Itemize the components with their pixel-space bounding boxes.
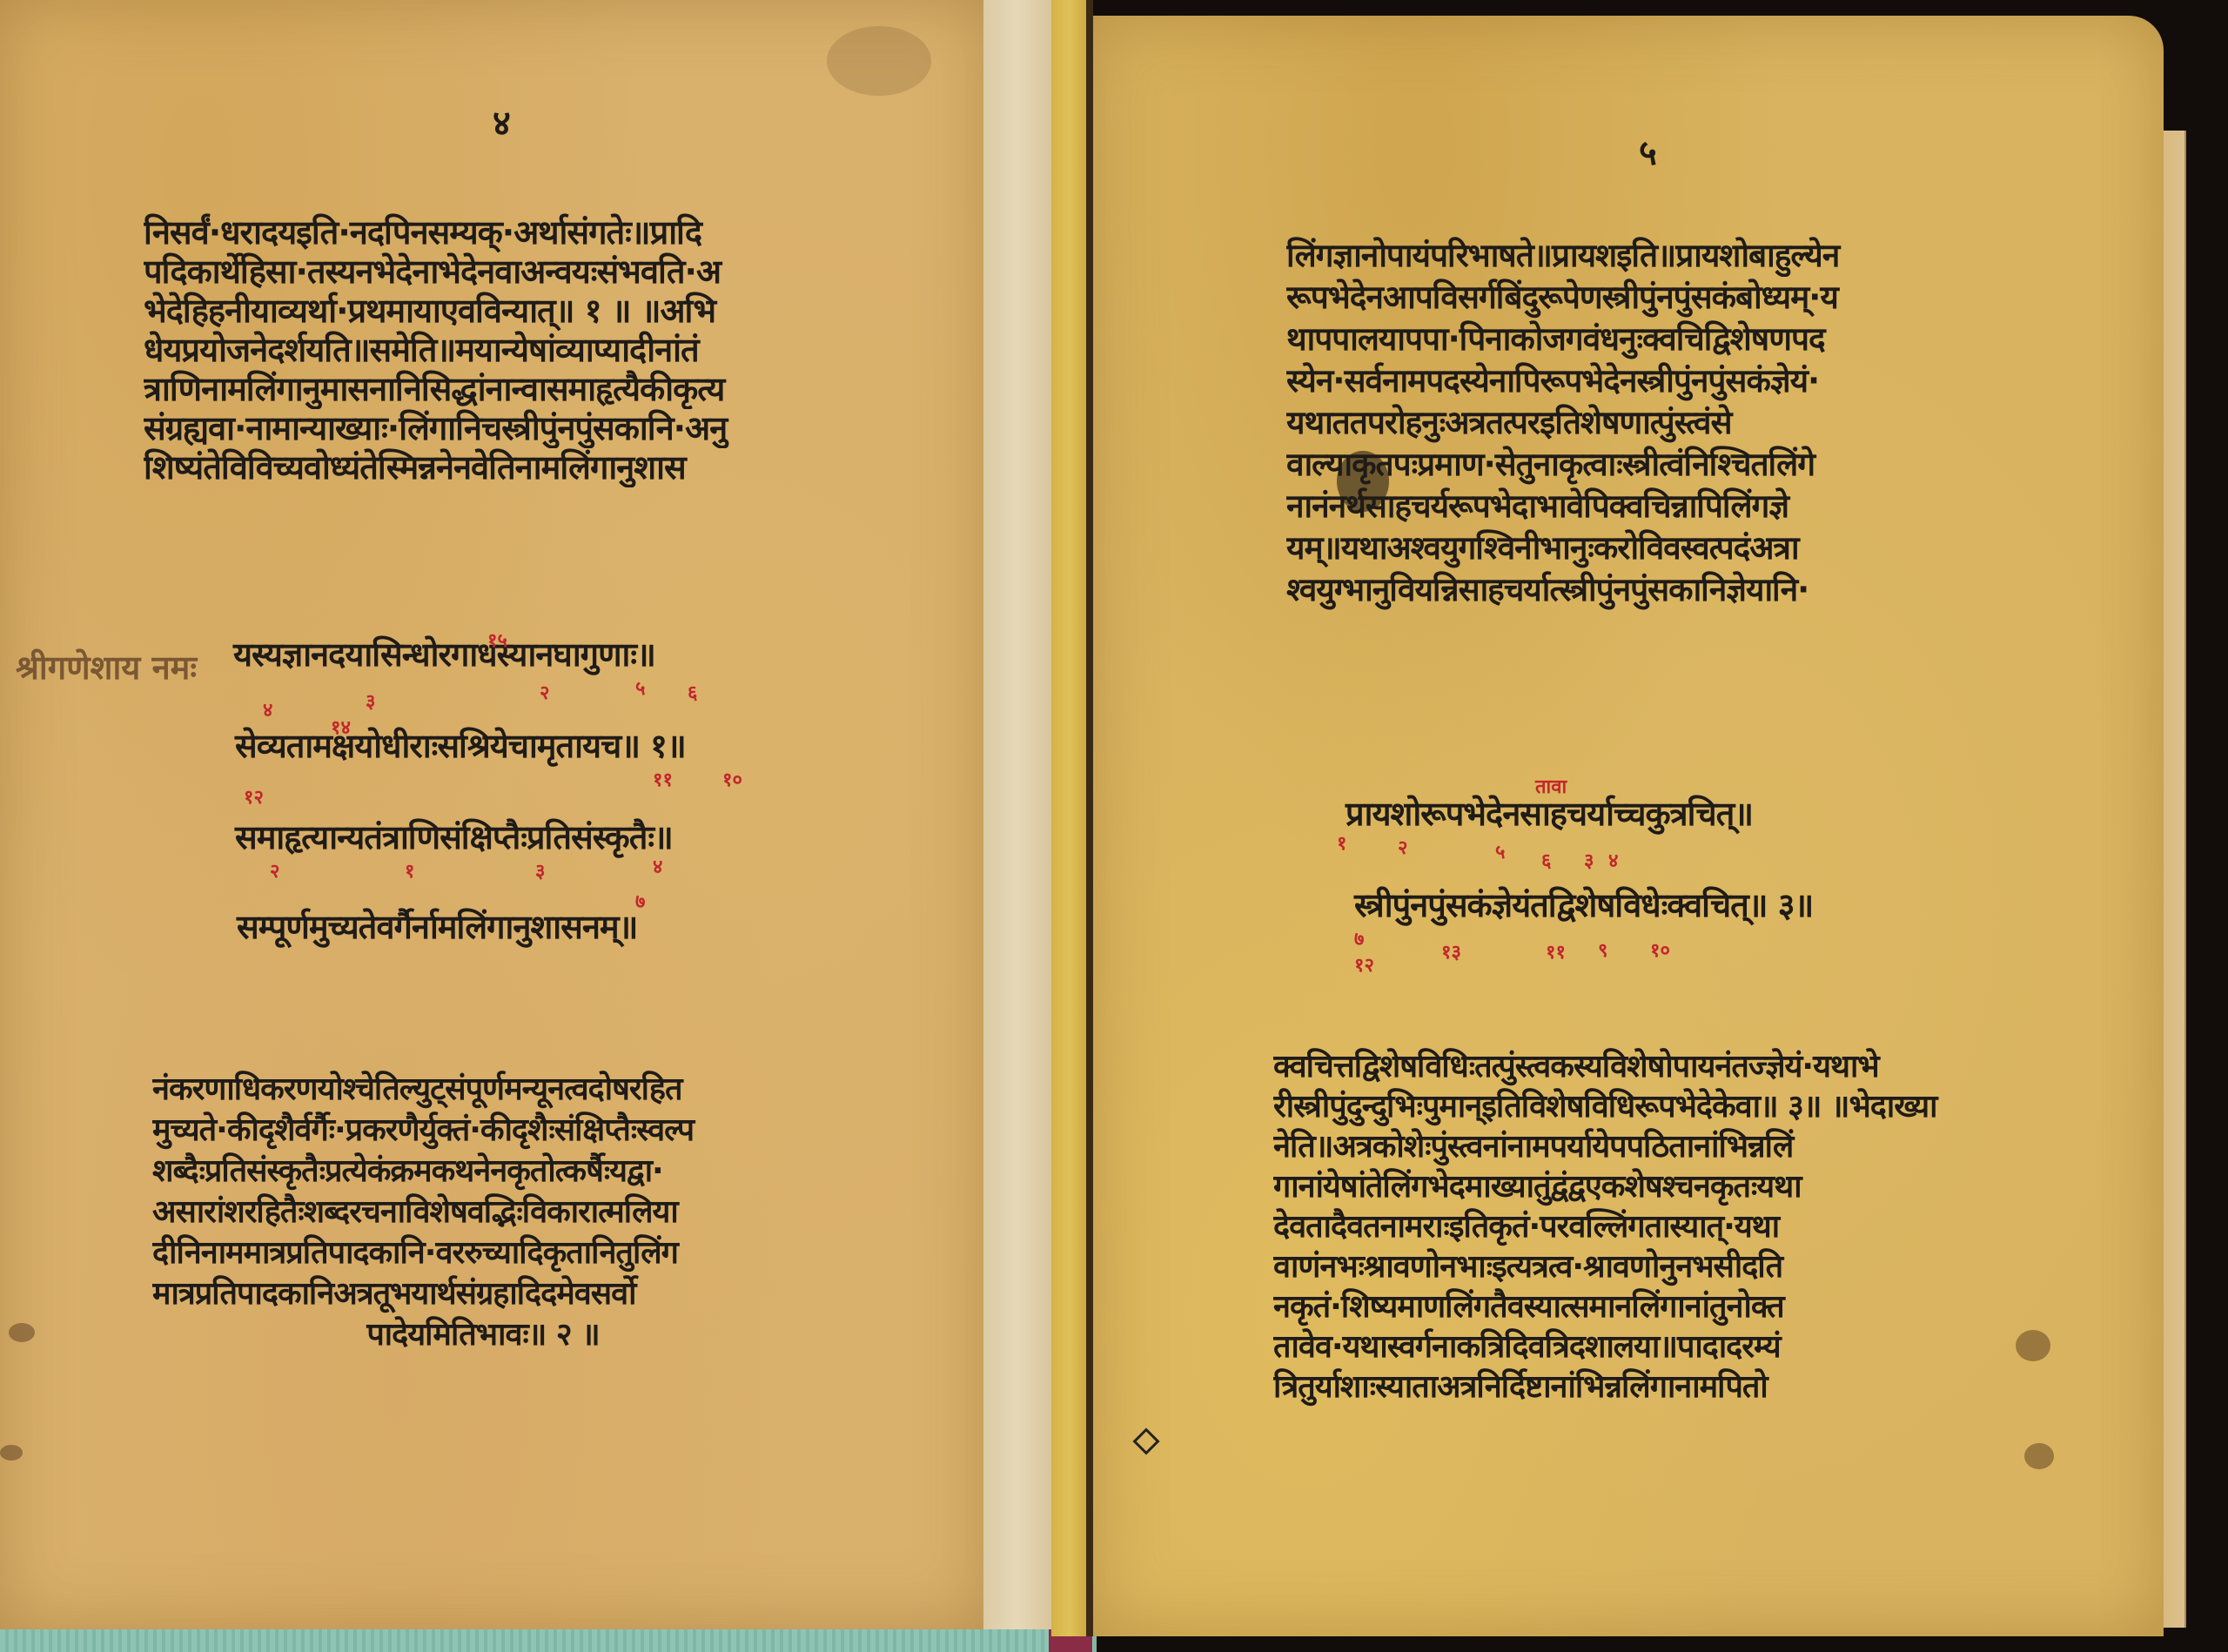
- red-annotation: १३: [1441, 938, 1461, 964]
- red-annotation: ६: [1541, 847, 1551, 873]
- red-annotation: १२: [1354, 951, 1374, 977]
- text-line: क्वचित्तद्विशेषविधिःतत्पुंस्त्वकस्यविशेष…: [1273, 1047, 1987, 1087]
- red-annotation: २: [540, 679, 549, 705]
- spine-edge: [1051, 0, 1088, 1636]
- text-line: थापपालयापपा·पिनाकोजगवंधनुःक्वचिद्विशेषणप…: [1286, 319, 2000, 360]
- text-line: त्राणिनामलिंगानुमासनानिसिद्धांनान्वासमाह…: [144, 370, 875, 409]
- text-line: संग्रह्यवा·नामान्याख्याः·लिंगानिचस्त्रीप…: [144, 409, 875, 448]
- red-annotation: ५: [1495, 838, 1505, 864]
- stain: [0, 1445, 23, 1461]
- red-annotation: १५: [487, 627, 507, 653]
- red-annotation: १: [405, 857, 414, 883]
- red-annotation: १२: [244, 783, 264, 809]
- red-annotation: ३: [366, 688, 375, 714]
- red-annotation: १०: [1650, 937, 1670, 963]
- red-annotation: ३: [535, 857, 545, 883]
- stain: [827, 26, 931, 96]
- red-annotation: तावा: [1535, 773, 1567, 799]
- text-line: नानंनर्थसाहचर्यरूपभेदाभावेपिक्वचिन्नापिल…: [1286, 486, 2000, 527]
- text-block-commentary-1: निसर्वं·धरादयइति·नदपिनसम्यक्·अर्थासंगतेः…: [144, 213, 875, 487]
- text-line: मुच्यते·कीदृशैर्वर्गैः·प्रकरणैर्युक्तं·क…: [152, 1110, 866, 1151]
- red-annotation: ४: [1608, 847, 1618, 873]
- text-line: नंकरणाधिकरणयोश्चेतिल्युट्संपूर्णमन्यूनत्…: [152, 1069, 866, 1110]
- verse-line: समाहृत्यान्यतंत्राणिसंक्षिप्तैःप्रतिसंस्…: [235, 814, 673, 859]
- text-block-commentary-2: क्वचित्तद्विशेषविधिःतत्पुंस्त्वकस्यविशेष…: [1273, 1047, 1987, 1407]
- verse-line: स्त्रीपुंनपुंसकंज्ञेयंतद्विशेषविधेःक्वचि…: [1354, 882, 1813, 927]
- verse-line: सेव्यतामक्षयोधीराःसश्रियेचामृतायच॥ १॥: [235, 722, 686, 768]
- text-line: पदिकार्थेहिसा·तस्यनभेदेनाभेदेनवाअन्वयःसं…: [144, 252, 875, 292]
- text-block-commentary-1: लिंगज्ञानोपायंपरिभाषते॥प्रायशइति॥प्रायशो…: [1286, 235, 2000, 611]
- red-annotation: ३: [1584, 847, 1594, 873]
- right-page: ५ लिंगज्ञानोपायंपरिभाषते॥प्रायशइति॥प्राय…: [1093, 16, 2164, 1636]
- text-line: स्येन·सर्वनामपदस्येनापिरूपभेदेनस्त्रीपुं…: [1286, 360, 2000, 402]
- page-number: ५: [1639, 127, 1657, 175]
- left-page: ४ निसर्वं·धरादयइति·नदपिनसम्यक्·अर्थासंगत…: [0, 0, 988, 1629]
- red-annotation: ९: [1598, 937, 1607, 963]
- red-annotation: १०: [722, 766, 742, 792]
- text-line: असारांशरहितैःशब्दरचनाविशेषवद्भिःविकारात्…: [152, 1192, 866, 1232]
- text-line: दीनिनाममात्रप्रतिपादकानि·वररुच्यादिकृतान…: [152, 1232, 866, 1273]
- red-annotation: ७: [635, 888, 645, 914]
- text-line: यम्॥यथाअश्वयुगश्विनीभानुःकरोविवस्वत्पदंअ…: [1286, 527, 2000, 569]
- text-line: रूपभेदेनआपविसर्गबिंदुरूपेणस्त्रीपुंनपुंस…: [1286, 277, 2000, 319]
- text-line: धेयप्रयोजनेदर्शयति॥समेति॥मयान्येषांव्याप…: [144, 331, 875, 370]
- stain: [2024, 1443, 2054, 1469]
- gutter: [1086, 0, 1093, 1636]
- red-annotation: १४: [331, 714, 351, 740]
- verse-line: यस्यज्ञानदयासिन्धोरगाधस्यानघागुणाः॥: [233, 631, 655, 676]
- red-annotation: ४: [263, 696, 272, 722]
- red-annotation: २: [270, 857, 279, 883]
- text-line: वाणंनभःश्रावणोनभाःइत्यत्रत्व·श्रावणोनुनभ…: [1273, 1247, 1987, 1287]
- red-annotation: ४: [653, 853, 662, 879]
- stain: [9, 1323, 35, 1342]
- red-annotation: ५: [635, 675, 645, 701]
- text-line: गानांयेषांतेलिंगभेदमाख्यातुंद्वंद्वएकशेष…: [1273, 1167, 1987, 1207]
- text-line: लिंगज्ञानोपायंपरिभाषते॥प्रायशइति॥प्रायशो…: [1286, 235, 2000, 277]
- red-annotation: १: [1337, 829, 1346, 856]
- cloth-background: [0, 1626, 1097, 1652]
- text-line: निसर्वं·धरादयइति·नदपिनसम्यक्·अर्थासंगतेः…: [144, 213, 875, 252]
- text-line: वाल्याकृतपःप्रमाण·सेतुनाकृत्वाःस्त्रीत्व…: [1286, 444, 2000, 486]
- text-line: शिष्यंतेविविच्यवोध्यंतेस्मिन्ननेनवेतिनाम…: [144, 448, 875, 487]
- margin-invocation: श्रीगणेशाय नमः: [16, 644, 197, 689]
- text-block-commentary-2: नंकरणाधिकरणयोश्चेतिल्युट्संपूर्णमन्यूनत्…: [152, 1069, 866, 1355]
- text-line: नकृतं·शिष्यमाणलिंगतैवस्यात्समानलिंगानांत…: [1273, 1287, 1987, 1327]
- red-annotation: २: [1398, 834, 1407, 860]
- red-annotation: ११: [653, 766, 673, 792]
- verse-line: सम्पूर्णमुच्यतेवर्गैर्नामलिंगानुशासनम्॥: [237, 903, 637, 949]
- text-line: रीस्त्रीपुंदुन्दुभिःपुमान्इतिविशेषविधिरू…: [1273, 1087, 1987, 1127]
- text-line: त्रितुर्याशाःस्याताअत्रनिर्दिष्टानांभिन्…: [1273, 1367, 1987, 1407]
- text-line: भेदेहिहनीयाव्यर्था·प्रथमायाएवविन्यात्॥ १…: [144, 292, 875, 331]
- text-line: मात्रप्रतिपादकानिअत्रतूभयार्थसंग्रहादिदम…: [152, 1273, 866, 1314]
- paper-repair-strip: [983, 0, 1051, 1629]
- red-annotation: ११: [1546, 938, 1566, 964]
- paper-hole: [1132, 1427, 1159, 1454]
- red-annotation: ६: [688, 679, 697, 705]
- text-line: शब्दैःप्रतिसंस्कृतैःप्रत्येकंक्रमकथनेनकृ…: [152, 1151, 866, 1192]
- stain: [2016, 1330, 2050, 1361]
- text-line: देवतादैवतनामराःइतिकृतं·परवल्लिंगतास्यात्…: [1273, 1207, 1987, 1247]
- text-line: तावेव·यथास्वर्गनाकत्रिदिवत्रिदशालया॥पादा…: [1273, 1327, 1987, 1367]
- text-line: श्वयुग्भानुवियन्निसाहचर्यात्स्त्रीपुंनपु…: [1286, 569, 2000, 611]
- text-line: नेति॥अत्रकोशेःपुंस्त्वनांनामपर्यायेपपठित…: [1273, 1127, 1987, 1167]
- text-line: पादेयमितिभावः॥ २ ॥: [152, 1314, 866, 1355]
- red-annotation: ७: [1354, 925, 1364, 951]
- text-line: यथाततपरोहनुःअत्रतत्परइतिशेषणात्पुंस्त्वं…: [1286, 402, 2000, 444]
- page-number: ४: [493, 97, 511, 145]
